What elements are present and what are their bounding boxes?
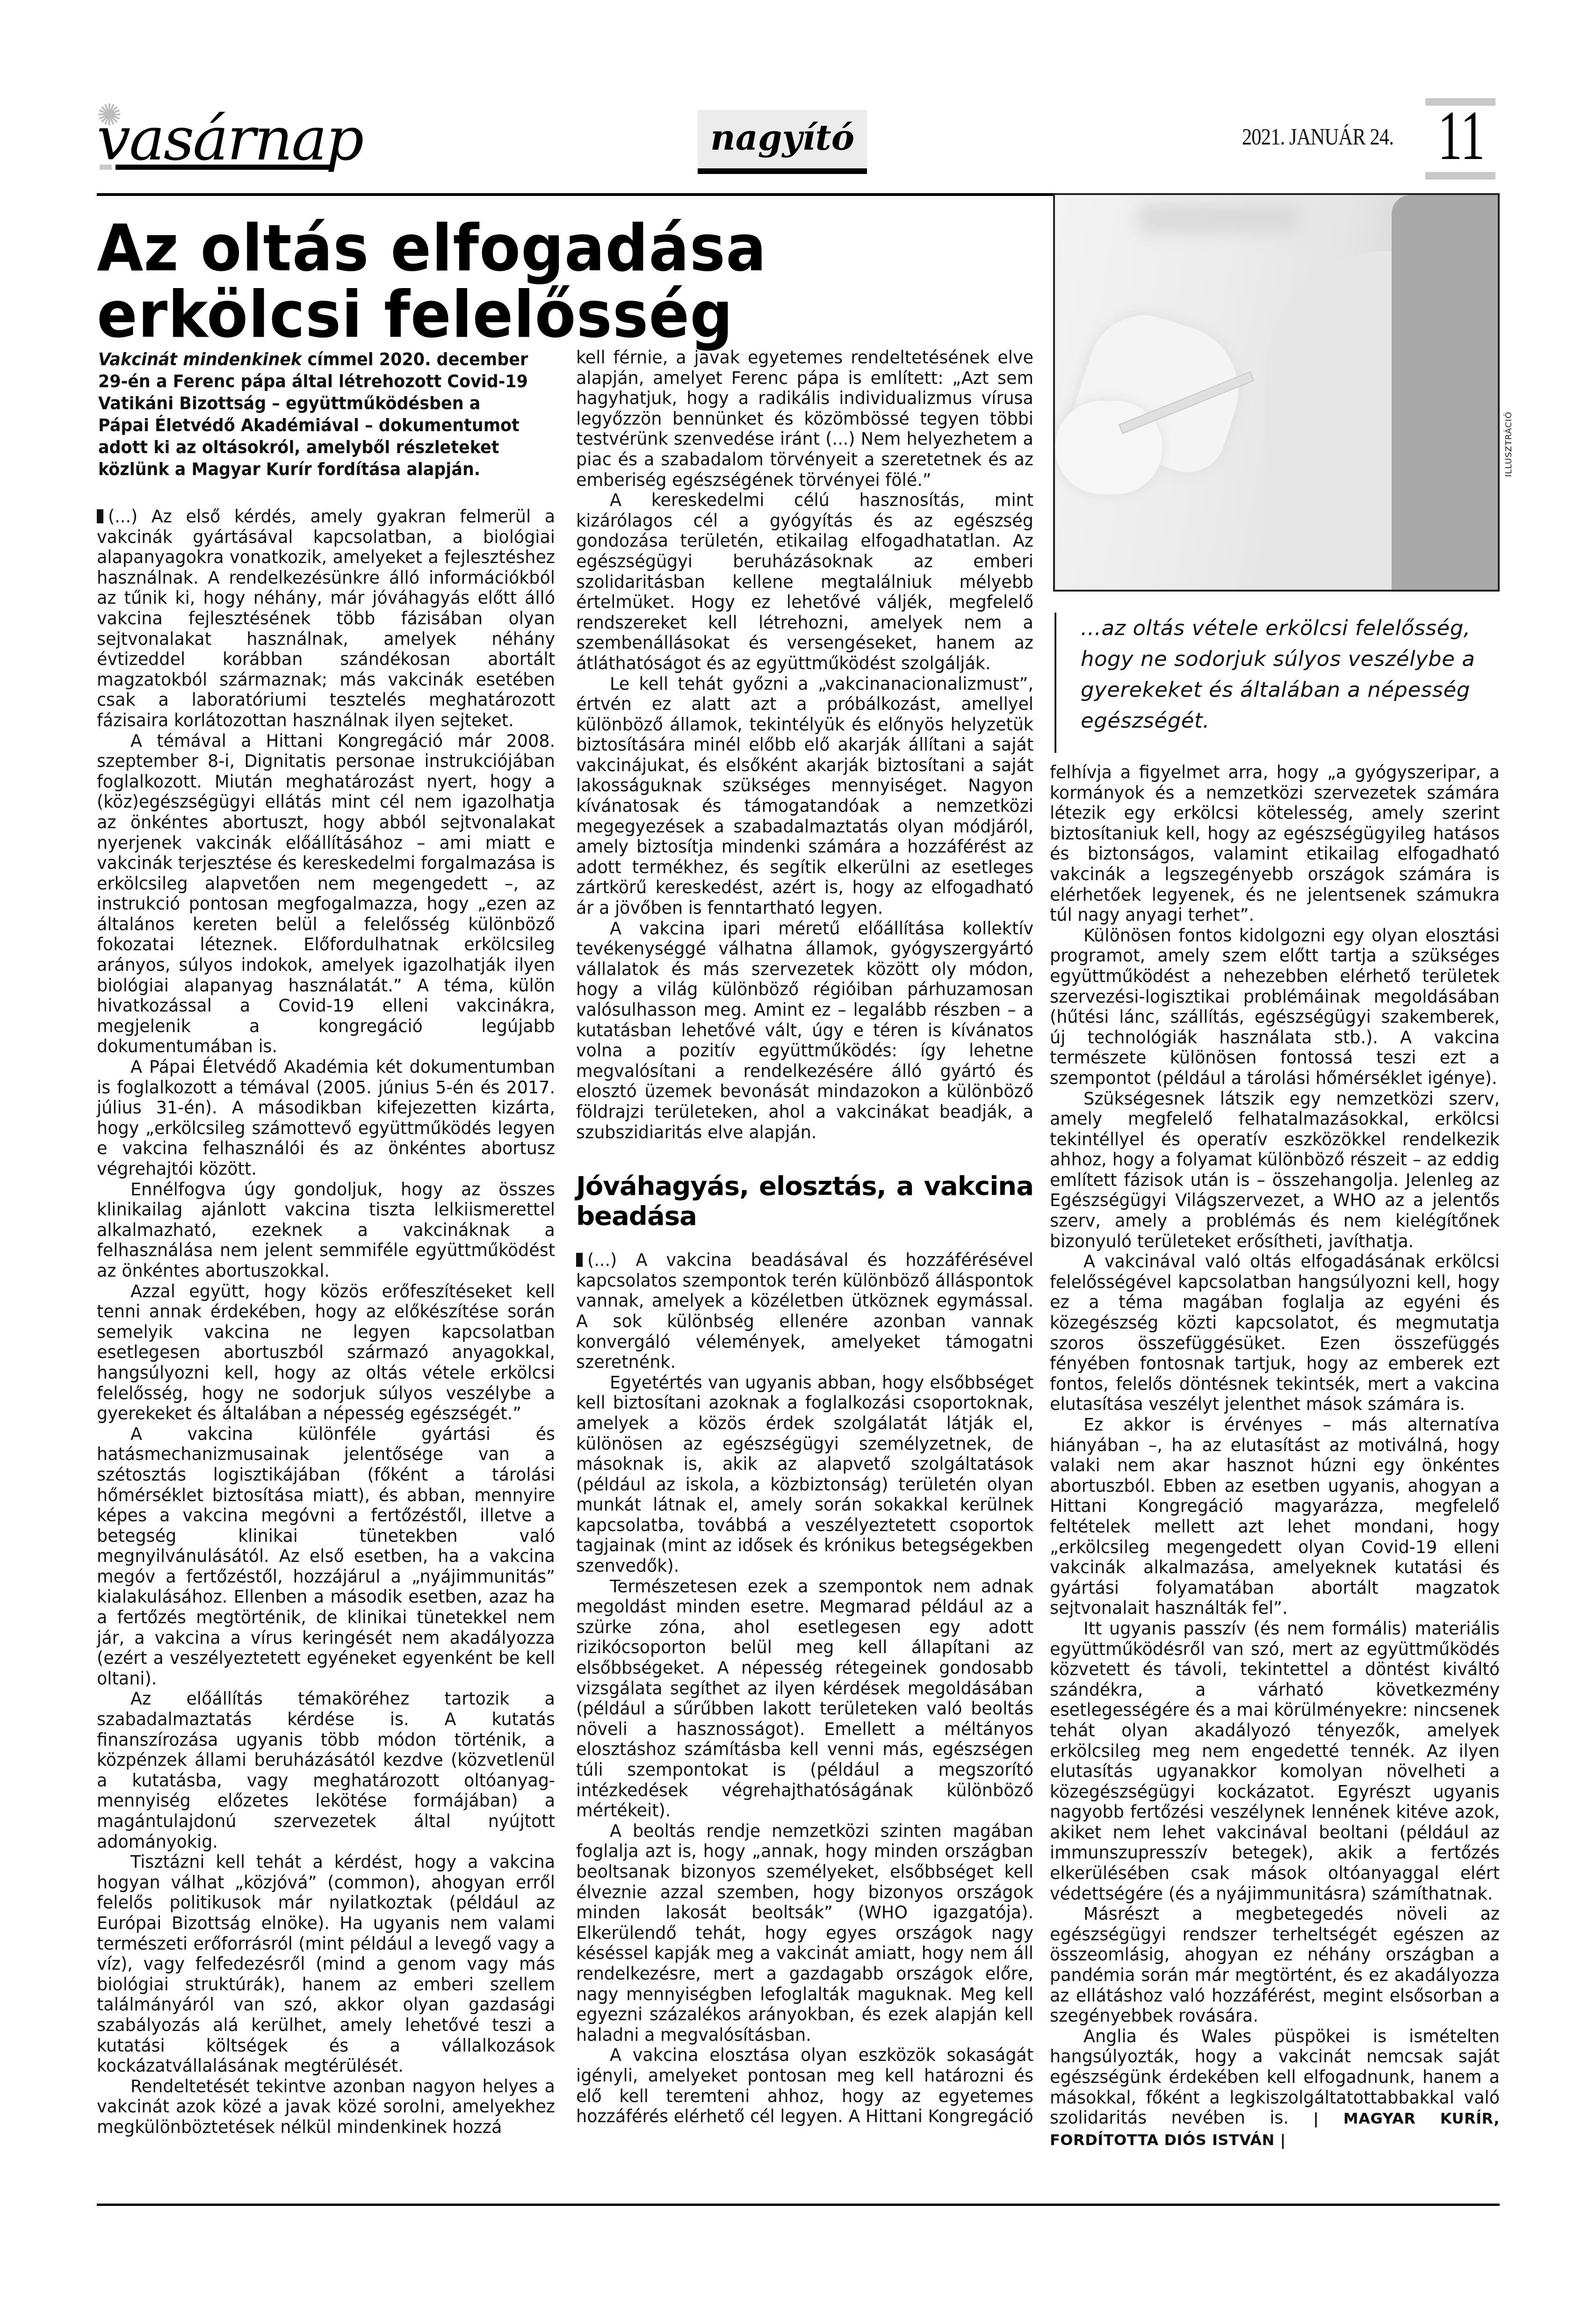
- paragraph: (...) Az első kérdés, amely gyakran felm…: [97, 506, 555, 731]
- footer-divider: [97, 2204, 1500, 2206]
- paragraph: felhívja a figyelmet arra, hogy „a gyógy…: [1050, 762, 1500, 925]
- paragraph: Tisztázni kell tehát a kérdést, hogy a v…: [97, 1852, 555, 2076]
- paragraph: (...) A vakcina beadásával és hozzáférés…: [576, 1250, 1033, 1373]
- final-paragraph: Anglia és Wales püspökei is ismételten h…: [1050, 2026, 1500, 2151]
- paragraph: Szükségesnek látszik egy nemzetközi szer…: [1050, 1089, 1500, 1252]
- paragraph: Másrészt a megbetegedés növeli az egészs…: [1050, 1904, 1500, 2026]
- article-column-1: (...) Az első kérdés, amely gyakran felm…: [97, 506, 555, 2138]
- section-label: nagyító: [698, 110, 867, 174]
- paragraph: A beoltás rendje nemzetközi szinten magá…: [576, 1821, 1033, 2045]
- paragraph: A témával a Hittani Kongregáció már 2008…: [97, 731, 555, 1057]
- paragraph: kell férnie, a javak egyetemes rendeltet…: [576, 347, 1033, 490]
- logo-underline: [116, 165, 330, 170]
- pull-quote: ...az oltás vétele erkölcsi felelősség, …: [1054, 613, 1501, 753]
- logo-wordmark: vasárnap: [97, 109, 363, 170]
- paragraph: Azzal együtt, hogy közös erőfeszítéseket…: [97, 1281, 555, 1424]
- paragraph: Le kell tehát győzni a „vakcinanacionali…: [576, 674, 1033, 918]
- article-headline: Az oltás elfogadása erkölcsi felelősség: [97, 215, 962, 348]
- photo-credit: ILLUSZTRÁCIÓ: [1504, 374, 1514, 477]
- article-photo: [1053, 193, 1500, 592]
- paragraph: A vakcinával való oltás elfogadásának er…: [1050, 1251, 1500, 1415]
- page-number: 11: [1434, 101, 1489, 171]
- paragraph: Ennélfogva úgy gondoljuk, hogy az összes…: [97, 1179, 555, 1281]
- paragraph: Különösen fontos kidolgozni egy olyan el…: [1050, 925, 1500, 1089]
- paragraph: Rendeltetését tekintve azonban nagyon he…: [97, 2076, 555, 2138]
- paragraph: A vakcina ipari méretű előállítása kolle…: [576, 918, 1033, 1143]
- masthead-logo: ✺ vasárnap: [97, 101, 349, 171]
- photo-background: [1139, 204, 1298, 232]
- article-column-3: felhívja a figyelmet arra, hogy „a gyógy…: [1050, 762, 1500, 2150]
- pull-quote-text: ...az oltás vétele erkölcsi felelősség, …: [1056, 613, 1501, 736]
- section-label-text: nagyító: [710, 118, 854, 158]
- lead-title-italic: Vakcinát mindenkinek: [98, 349, 302, 369]
- issue-date: 2021. JANUÁR 24.: [1211, 123, 1394, 151]
- paragraph: Egyetértés van ugyanis abban, hogy elsőb…: [576, 1373, 1033, 1576]
- paragraph: A Pápai Életvédő Akadémia két dokumentum…: [97, 1057, 555, 1179]
- paragraph: A vakcina különféle gyártási és hatásmec…: [97, 1424, 555, 1689]
- paragraph: Itt ugyanis passzív (és nem formális) ma…: [1050, 1619, 1500, 1904]
- paragraph: A kereskedelmi célú hasznosítás, mint ki…: [576, 490, 1033, 673]
- paragraph: Természetesen ezek a szempontok nem adna…: [576, 1576, 1033, 1821]
- section-subheading: Jóváhagyás, elosztás, a vakcina beadása: [576, 1171, 1033, 1231]
- logo-underline-accent: [100, 165, 112, 170]
- article-column-2: kell férnie, a javak egyetemes rendeltet…: [576, 347, 1033, 2127]
- paragraph: A vakcina elosztása olyan eszközök sokas…: [576, 2045, 1033, 2126]
- photo-sleeve-shape: [1392, 195, 1500, 592]
- paragraph: Az előállítás témaköréhez tartozik a sza…: [97, 1689, 555, 1852]
- paragraph: Ez akkor is érvényes – más alternatíva h…: [1050, 1415, 1500, 1619]
- page-number-bar-bottom: [1425, 172, 1495, 180]
- article-lead: Vakcinát mindenkinek címmel 2020. decemb…: [98, 348, 537, 480]
